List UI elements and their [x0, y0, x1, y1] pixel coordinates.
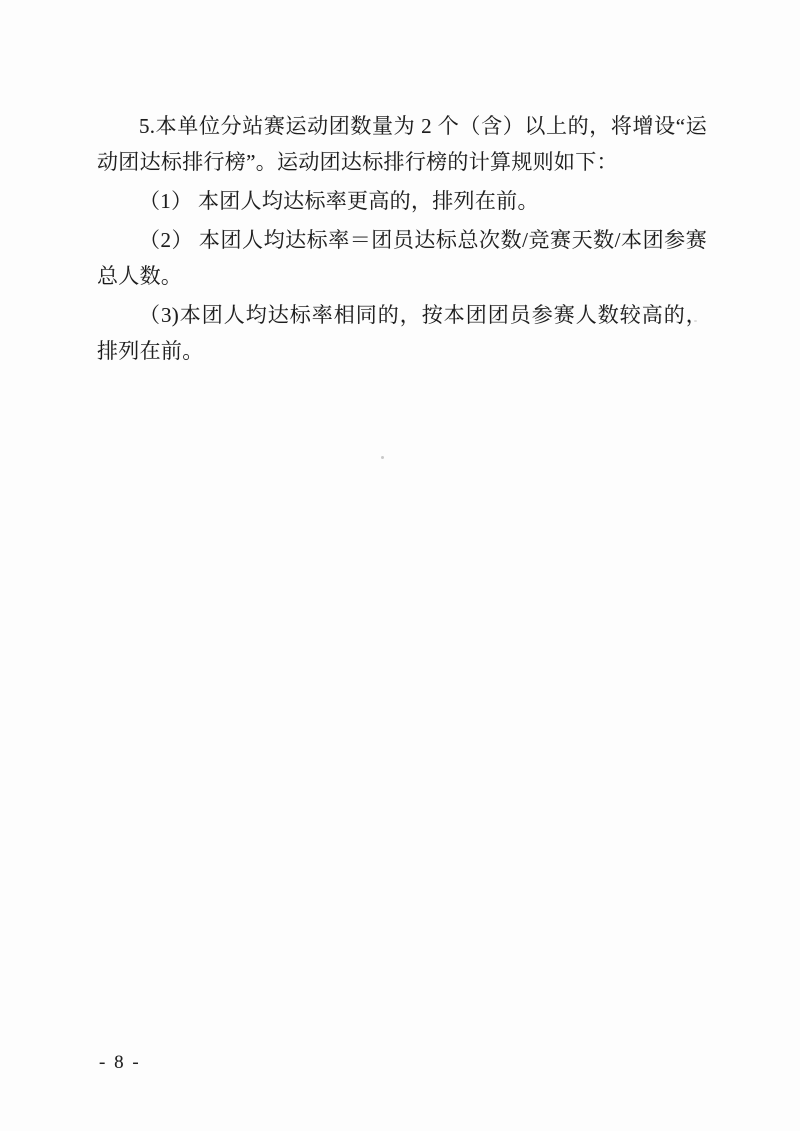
document-body: 5.本单位分站赛运动团数量为 2 个（含）以上的，将增设“运动团达标排行榜”。运… — [97, 108, 707, 369]
scan-artifact-speck — [381, 456, 384, 459]
paragraph-rule-5-item-1: （1） 本团人均达标率更高的，排列在前。 — [97, 183, 707, 219]
scan-artifact-speck — [694, 320, 697, 322]
paragraph-rule-5-item-2: （2） 本团人均达标率＝团员达标总次数/竞赛天数/本团参赛总人数。 — [97, 222, 707, 294]
paragraph-rule-5-item-3: （3)本团人均达标率相同的，按本团团员参赛人数较高的，排列在前。 — [97, 297, 707, 369]
paragraph-rule-5: 5.本单位分站赛运动团数量为 2 个（含）以上的，将增设“运动团达标排行榜”。运… — [97, 108, 707, 180]
document-page: 5.本单位分站赛运动团数量为 2 个（含）以上的，将增设“运动团达标排行榜”。运… — [0, 0, 800, 1131]
page-number: - 8 - — [99, 1052, 141, 1074]
